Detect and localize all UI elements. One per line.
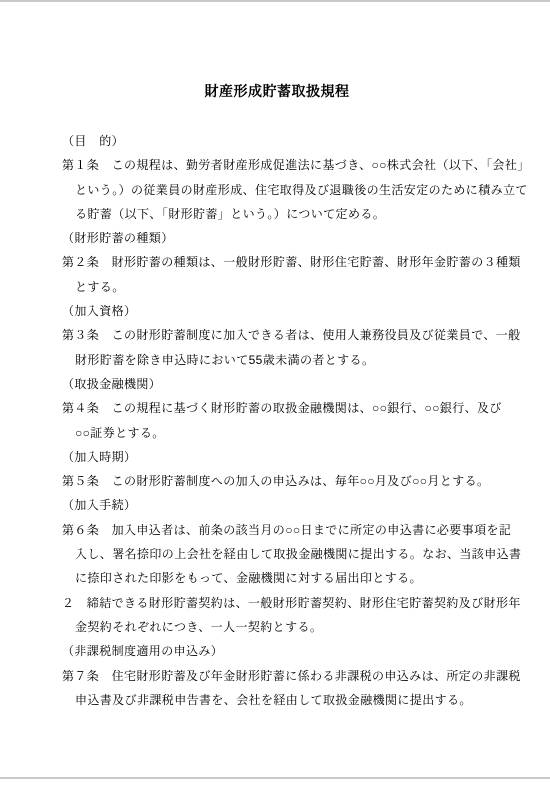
article-text-line: という。）の従業員の財産形成、住宅取得及び退職後の生活安定のために積み立て xyxy=(62,178,492,202)
section-heading-line: （目 的） xyxy=(62,129,492,153)
section-heading-line: （財形貯蓄の種類） xyxy=(62,226,492,250)
article-text-line: 第７条 住宅財形貯蓄及び年金財形貯蓄に係わる非課税の申込みは、所定の非課税 xyxy=(62,664,492,688)
document-body: （目 的）第１条 この規程は、勤労者財産形成促進法に基づき、○○株式会社（以下、… xyxy=(62,129,492,712)
article-text-line: 財形貯蓄を除き申込時において55歳未満の者とする。 xyxy=(62,348,492,372)
document-page: 財産形成貯蓄取扱規程 （目 的）第１条 この規程は、勤労者財産形成促進法に基づき… xyxy=(0,0,550,785)
page-bottom-edge xyxy=(0,777,550,779)
section-heading-line: （加入時期） xyxy=(62,445,492,469)
section-heading-line: （加入資格） xyxy=(62,299,492,323)
document-content: 財産形成貯蓄取扱規程 （目 的）第１条 この規程は、勤労者財産形成促進法に基づき… xyxy=(62,0,492,712)
article-text-line: 金契約それぞれにつき、一人一契約とする。 xyxy=(62,615,492,639)
article-text-line: ○○証券とする。 xyxy=(62,421,492,445)
section-heading-line: （非課税制度適用の申込み） xyxy=(62,639,492,663)
article-text-line: 第１条 この規程は、勤労者財産形成促進法に基づき、○○株式会社（以下、「会社」 xyxy=(62,153,492,177)
article-text-line: とする。 xyxy=(62,275,492,299)
article-text-line: 入し、署名捺印の上会社を経由して取扱金融機関に提出する。なお、当該申込書 xyxy=(62,542,492,566)
article-text-line: ２ 締結できる財形貯蓄契約は、一般財形貯蓄契約、財形住宅貯蓄契約及び財形年 xyxy=(62,591,492,615)
section-heading-line: （加入手続） xyxy=(62,493,492,517)
document-title: 財産形成貯蓄取扱規程 xyxy=(62,83,492,99)
section-heading-line: （取扱金融機関） xyxy=(62,372,492,396)
article-text-line: に捺印された印影をもって、金融機関に対する届出印とする。 xyxy=(62,566,492,590)
article-text-line: 第５条 この財形貯蓄制度への加入の申込みは、毎年○○月及び○○月とする。 xyxy=(62,469,492,493)
article-text-line: 第２条 財形貯蓄の種類は、一般財形貯蓄、財形住宅貯蓄、財形年金貯蓄の３種類 xyxy=(62,250,492,274)
article-text-line: 第６条 加入申込者は、前条の該当月の○○日までに所定の申込書に必要事項を記 xyxy=(62,518,492,542)
article-text-line: る貯蓄（以下、「財形貯蓄」という。）について定める。 xyxy=(62,202,492,226)
article-text-line: 申込書及び非課税申告書を、会社を経由して取扱金融機関に提出する。 xyxy=(62,688,492,712)
article-text-line: 第４条 この規程に基づく財形貯蓄の取扱金融機関は、○○銀行、○○銀行、及び xyxy=(62,396,492,420)
article-text-line: 第３条 この財形貯蓄制度に加入できる者は、使用人兼務役員及び従業員で、一般 xyxy=(62,323,492,347)
